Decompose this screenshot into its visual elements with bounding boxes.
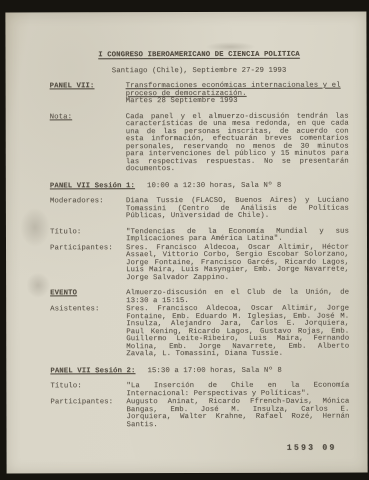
pencil-smudge	[20, 207, 50, 247]
panel-date: Martes 28 Septiembre 1993	[126, 97, 238, 105]
moderadores-section: Moderadores: Diana Tussie (FLACSO, Bueno…	[50, 198, 349, 221]
sesion1-participantes-label: Participantes:	[50, 245, 126, 283]
pencil-smudge	[26, 272, 50, 298]
evento-label: EVENTO	[50, 290, 126, 305]
document-subtitle: Santiago (Chile), Septiembre 27-29 1993	[50, 67, 349, 75]
page-number-stamp: 1593 09	[287, 444, 337, 453]
sesion1-titulo-text: "Tendencias de la Economía Mundial y sus…	[126, 228, 349, 244]
evento-section: EVENTO Almuerzo-discusión en el Club de …	[50, 290, 349, 306]
sesion2-heading-row: PANEL VII Sesión 2:15:30 a 17:00 horas, …	[50, 367, 349, 375]
panel-theme: Transformaciones económicas internaciona…	[126, 82, 341, 98]
sesion2-heading: PANEL VII Sesión 2:	[50, 367, 135, 375]
panel-section: PANEL VII: Transformaciones económicas i…	[50, 83, 349, 106]
sesion1-titulo-section: Título: "Tendencias de la Economía Mundi…	[50, 228, 349, 244]
document-page: I CONGRESO IBEROAMERICANO DE CIENCIA POL…	[5, 12, 367, 474]
panel-label: PANEL VII:	[50, 83, 126, 106]
sesion1-participantes-section: Participantes: Sres. Francisco Aldecoa, …	[50, 244, 349, 282]
sesion1-heading: PANEL VII Sesión 1:	[50, 182, 135, 190]
asistentes-text: Sres. Francisco Aldecoa, Oscar Altimir, …	[126, 306, 349, 359]
asistentes-section: Asistentes: Sres. Francisco Aldecoa, Osc…	[50, 306, 349, 359]
moderadores-label: Moderadores:	[50, 198, 126, 221]
sesion1-heading-row: PANEL VII Sesión 1:10:00 a 12:30 horas, …	[50, 182, 349, 190]
document-title: I CONGRESO IBEROAMERICANO DE CIENCIA POL…	[50, 52, 349, 60]
panel-body: Transformaciones económicas internaciona…	[126, 83, 349, 106]
asistentes-label: Asistentes:	[50, 306, 126, 359]
sesion1-titulo-label: Título:	[50, 229, 126, 244]
evento-text: Almuerzo-discusión en el Club de la Unió…	[126, 290, 349, 306]
document-content: I CONGRESO IBEROAMERICANO DE CIENCIA POL…	[50, 52, 350, 430]
sesion2-titulo-text: "La Inserción de Chile en la Economía In…	[126, 383, 349, 399]
nota-section: Nota: Cada panel y el almuerzo-discusión…	[50, 113, 349, 174]
moderadores-text: Diana Tussie (FLACSO, Buenos Aires) y Lu…	[126, 198, 349, 221]
sesion2-participantes-section: Participantes: Augusto Aninat, Ricardo F…	[50, 399, 349, 430]
nota-text: Cada panel y el almuerzo-discusión tendr…	[126, 113, 349, 174]
sesion2-participantes-label: Participantes:	[50, 399, 126, 429]
sesion1-participantes-text: Sres. Francisco Aldecoa, Oscar Altimir, …	[126, 244, 349, 282]
sesion2-participantes-text: Augusto Aninat, Ricardo Ffrench-Davis, M…	[126, 399, 349, 430]
nota-label: Nota:	[50, 114, 126, 174]
sesion2-titulo-label: Título:	[50, 383, 126, 398]
scanned-document: I CONGRESO IBEROAMERICANO DE CIENCIA POL…	[0, 0, 369, 480]
sesion2-time: 15:30 a 17:00 horas, Sala Nº 8	[147, 366, 281, 374]
sesion2-titulo-section: Título: "La Inserción de Chile en la Eco…	[50, 383, 349, 399]
sesion1-time: 10:00 a 12:30 horas, Sala Nº 8	[147, 181, 281, 189]
